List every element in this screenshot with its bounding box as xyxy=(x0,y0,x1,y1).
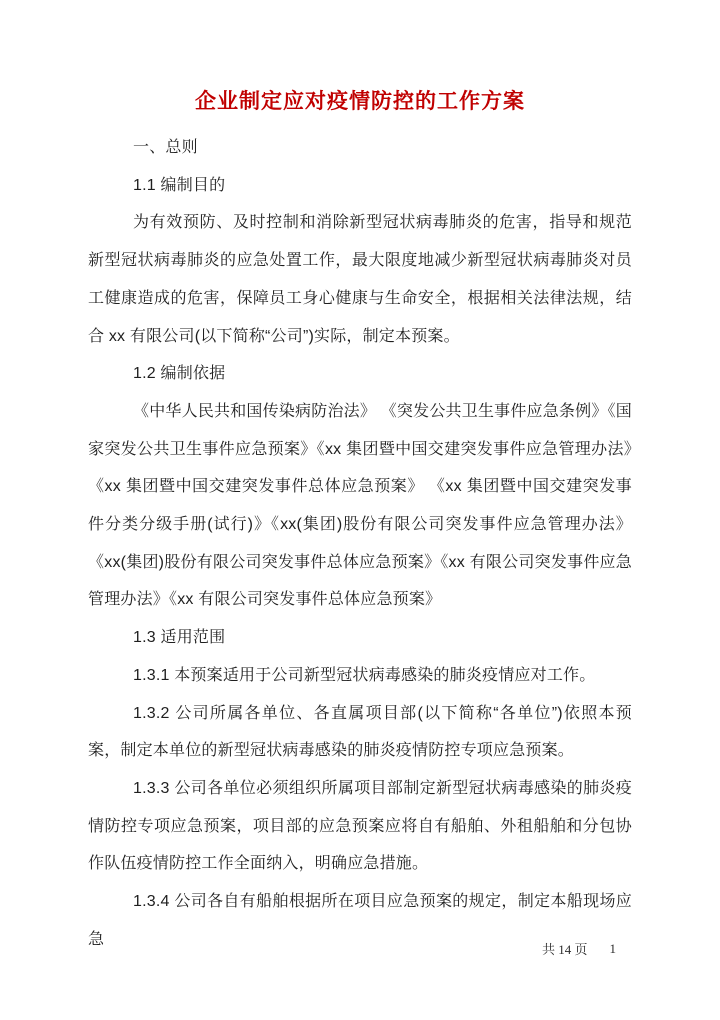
heading-1-3: 1.3 适用范围 xyxy=(88,619,632,657)
heading-section-1: 一、总则 xyxy=(88,129,632,167)
total-pages-label: 共 14 页 xyxy=(542,939,588,958)
para-1-3-3: 1.3.3 公司各单位必须组织所属项目部制定新型冠状病毒感染的肺炎疫情防控专项应… xyxy=(88,770,632,883)
document-page: 企业制定应对疫情防控的工作方案 一、总则 1.1 编制目的 为有效预防、及时控制… xyxy=(0,0,720,1020)
para-1-2-body: 《中华人民共和国传染病防治法》 《突发公共卫生事件应急条例》《国家突发公共卫生事… xyxy=(88,393,632,619)
para-1-3-2: 1.3.2 公司所属各单位、各直属项目部(以下简称“各单位”)依照本预案，制定本… xyxy=(88,695,632,770)
heading-1-2: 1.2 编制依据 xyxy=(88,355,632,393)
document-title: 企业制定应对疫情防控的工作方案 xyxy=(88,84,632,120)
page-number: 1 xyxy=(610,941,617,957)
document-content: 企业制定应对疫情防控的工作方案 一、总则 1.1 编制目的 为有效预防、及时控制… xyxy=(88,84,632,958)
heading-1-1: 1.1 编制目的 xyxy=(88,167,632,205)
para-1-1-body: 为有效预防、及时控制和消除新型冠状病毒肺炎的危害，指导和规范新型冠状病毒肺炎的应… xyxy=(88,204,632,355)
para-1-3-1: 1.3.1 本预案适用于公司新型冠状病毒感染的肺炎疫情应对工作。 xyxy=(88,657,632,695)
page-footer: 共 14 页 1 xyxy=(88,939,632,958)
